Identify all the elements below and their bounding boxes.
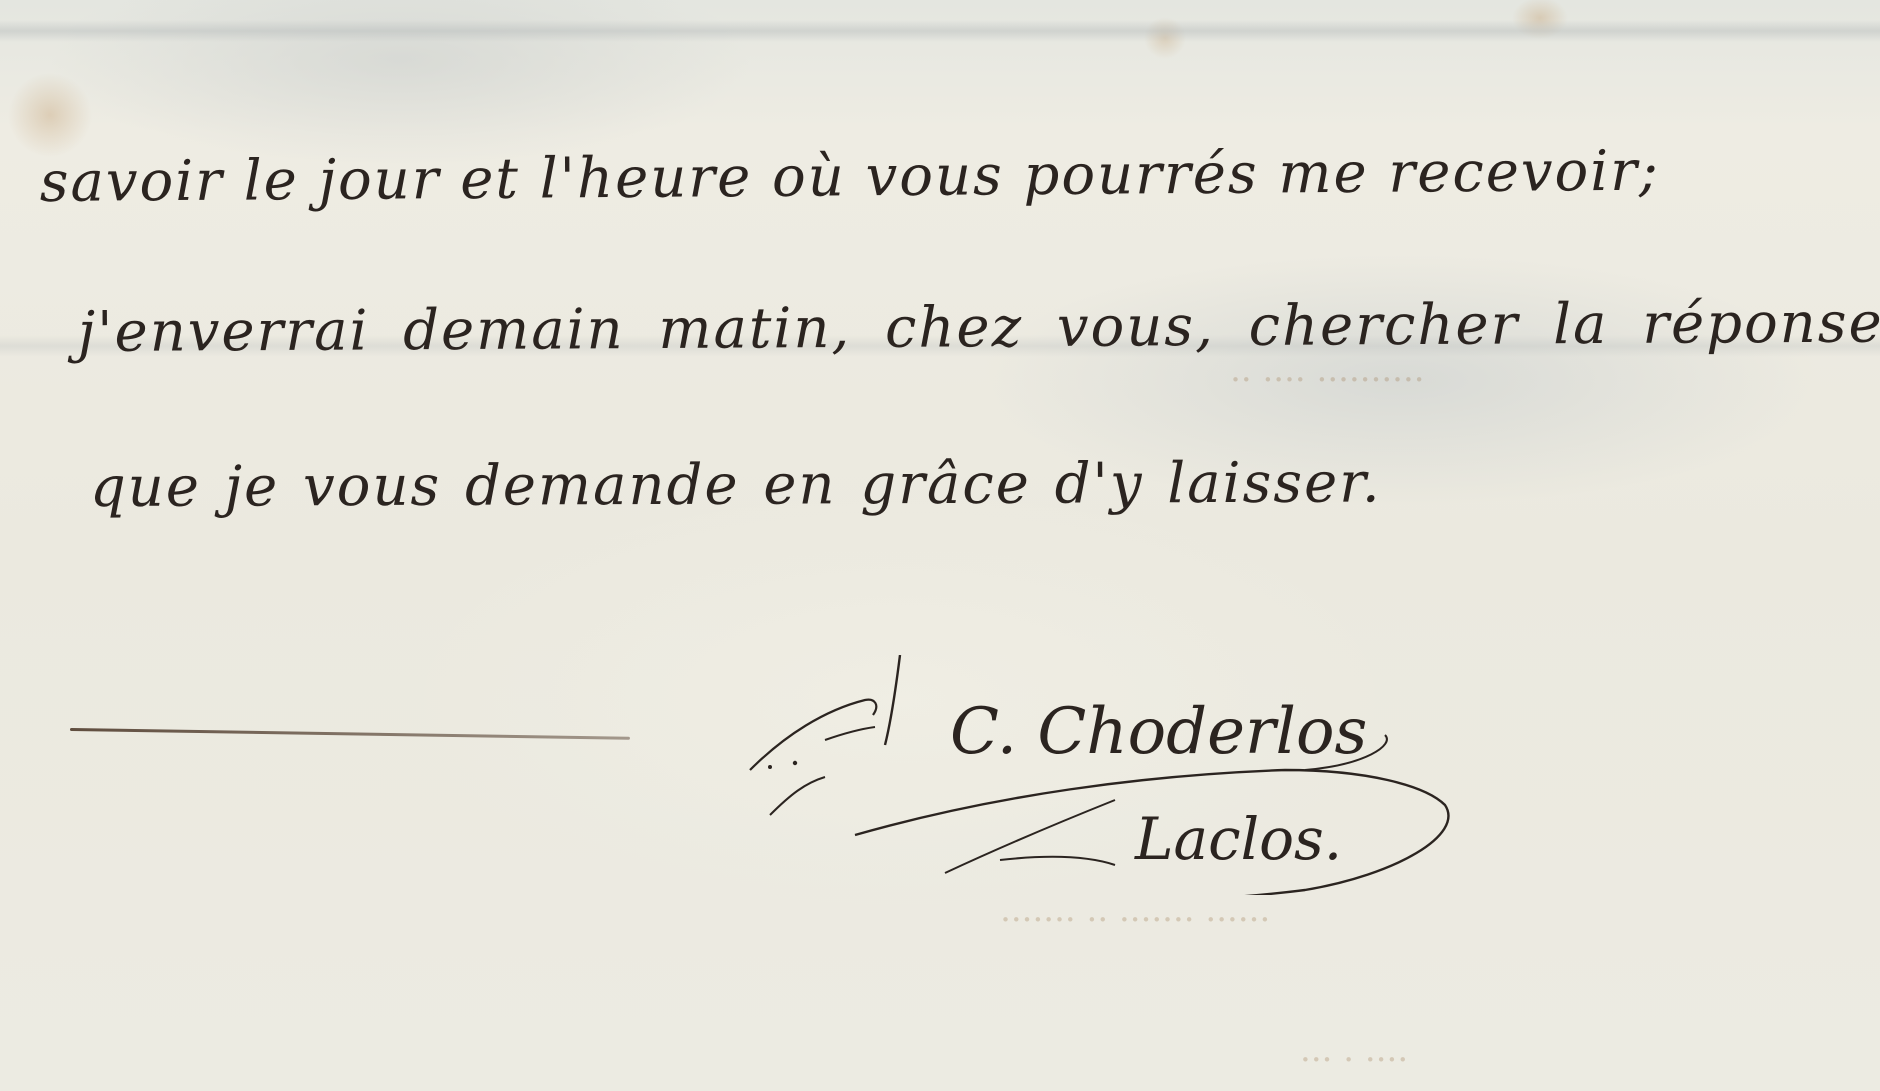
letter-page: ·········· ···· ·· ······ ······· ·· ···… [0, 0, 1880, 1091]
paper-fold-shadow [0, 20, 1880, 42]
letter-line-1: savoir le jour et l'heure où vous pourré… [40, 139, 1660, 215]
bleedthrough-text: ···· · ··· [1300, 1040, 1408, 1080]
letter-line-3: que je vous demande en grâce d'y laisser… [90, 450, 1382, 520]
signature-block: C. Choderlos Laclos. [745, 655, 1555, 895]
bleedthrough-text: ······ ······· ·· ······· [1000, 900, 1270, 940]
signature-first-line: C. Choderlos [950, 695, 1367, 769]
closing-rule-line [70, 728, 630, 740]
letter-line-2: j'enverrai demain matin, chez vous, cher… [78, 291, 1880, 365]
signature-second-line: Laclos. [1135, 805, 1342, 873]
bleedthrough-text: ·········· ···· ·· [1230, 360, 1425, 400]
